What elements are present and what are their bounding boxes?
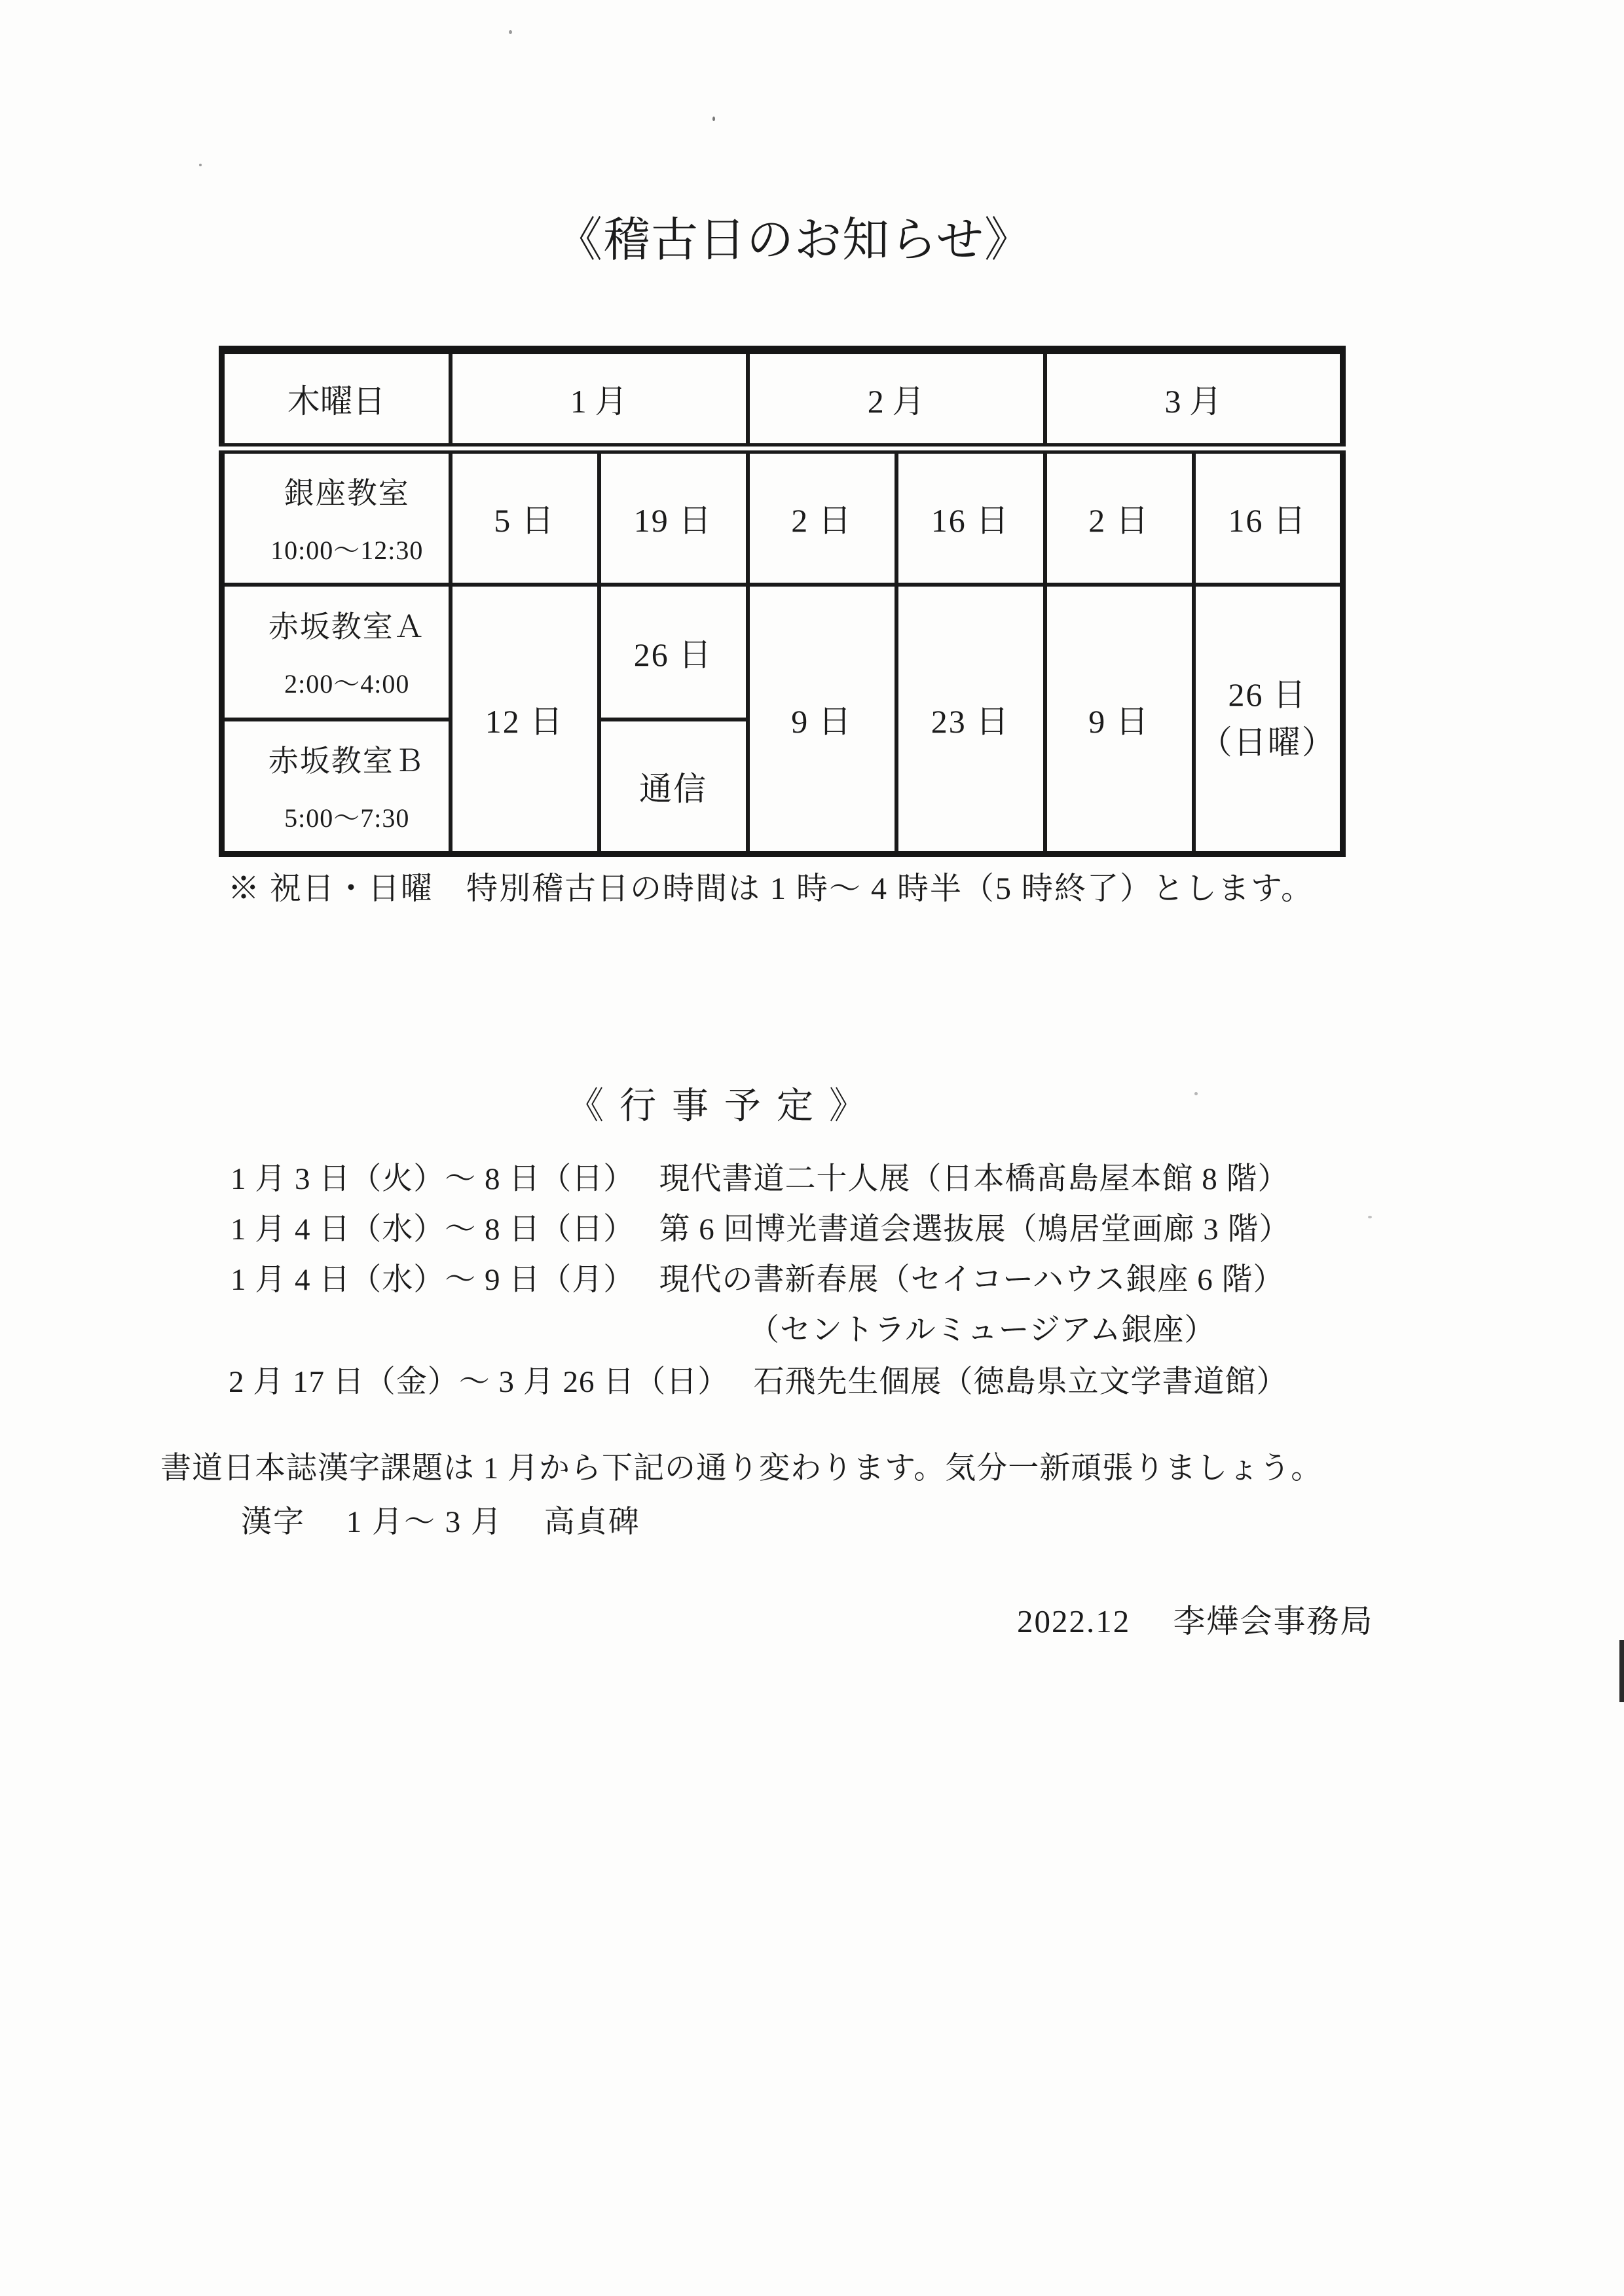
day-cell-mar-26-sunday: 26 日 （日曜） xyxy=(1194,585,1343,854)
event-item: 1 月 3 日（火）～ 8 日（日） 現代書道二十人展（日本橋髙島屋本館 8 階… xyxy=(231,1154,1289,1198)
scan-artifact xyxy=(1194,1092,1198,1095)
scan-artifact xyxy=(509,30,512,34)
event-item: 2 月 17 日（金）～ 3 月 26 日（日） 石飛先生個展（徳島県立文学書道… xyxy=(229,1357,1288,1401)
table-row-akasaka-a: 赤坂教室Ａ 2:00～4:00 12 日 26 日 9 日 23 日 9 日 2… xyxy=(222,585,1343,720)
classroom-time: 5:00～7:30 xyxy=(246,797,449,835)
classroom-name: 銀座教室 xyxy=(246,469,449,513)
event-item: 1 月 4 日（水）～ 9 日（月） 現代の書新春展（セイコーハウス銀座 6 階… xyxy=(231,1255,1284,1299)
header-month-march: 3 月 xyxy=(1045,350,1343,448)
day-cell-feb-23: 23 日 xyxy=(896,585,1045,854)
classroom-label-akasaka-a: 赤坂教室Ａ 2:00～4:00 xyxy=(222,585,451,720)
day-cell-jan-tsushin: 通信 xyxy=(599,720,748,854)
events-section-title: 《 行 事 予 定 》 xyxy=(567,1077,869,1129)
classroom-label-akasaka-b: 赤坂教室Ｂ 5:00～7:30 xyxy=(222,720,451,854)
scan-artifact xyxy=(712,117,715,121)
holiday-note: ※ 祝日・日曜 特別稽古日の時間は 1 時～ 4 時半（5 時終了）とします。 xyxy=(228,863,1314,908)
classroom-name: 赤坂教室Ａ xyxy=(246,603,449,646)
event-item-venue-continuation: （セントラルミュージアム銀座） xyxy=(748,1305,1215,1349)
table-header-row: 木曜日 1 月 2 月 3 月 xyxy=(222,350,1343,448)
day-cell-jan-1: 5 日 xyxy=(451,448,599,585)
day-cell-jan-2: 19 日 xyxy=(599,448,748,585)
event-item: 1 月 4 日（水）～ 8 日（日） 第 6 回博光書道会選抜展（鳩居堂画廊 3… xyxy=(231,1205,1291,1248)
scan-artifact xyxy=(1368,1216,1372,1218)
day-cell-feb-9: 9 日 xyxy=(748,585,896,854)
classroom-time: 10:00～12:30 xyxy=(246,530,449,567)
scanned-notice-page: 《稽古日のお知らせ》 木曜日 1 月 2 月 3 月 銀座教室 10:00～12… xyxy=(0,0,1624,2296)
table-row-ginza: 銀座教室 10:00～12:30 5 日 19 日 2 日 16 日 2 日 1… xyxy=(222,448,1343,585)
classroom-label-ginza: 銀座教室 10:00～12:30 xyxy=(222,448,451,585)
day-cell-mar-2: 16 日 xyxy=(1194,448,1343,585)
header-day-of-week: 木曜日 xyxy=(222,350,451,448)
homework-assignment: 漢字 1 月～ 3 月 高貞碑 xyxy=(241,1497,640,1541)
day-cell-mar-1: 2 日 xyxy=(1045,448,1194,585)
day-cell-mar-9: 9 日 xyxy=(1045,585,1194,854)
scan-artifact xyxy=(1619,1640,1624,1702)
day-cell-jan-merged: 12 日 xyxy=(451,585,599,854)
homework-intro: 書道日本誌漢字課題は 1 月から下記の通り変わります。気分一新頑張りましょう。 xyxy=(160,1444,1322,1487)
classroom-name: 赤坂教室Ｂ xyxy=(246,737,449,780)
scan-artifact xyxy=(199,164,202,166)
practice-schedule-table: 木曜日 1 月 2 月 3 月 銀座教室 10:00～12:30 5 日 19 … xyxy=(219,346,1346,857)
issuer-credit: 2022.12 李燁会事務局 xyxy=(1017,1596,1374,1642)
classroom-time: 2:00～4:00 xyxy=(246,663,449,701)
sunday-annotation: （日曜） xyxy=(1196,719,1340,767)
header-month-january: 1 月 xyxy=(451,350,748,448)
day-cell-jan-26: 26 日 xyxy=(599,585,748,720)
day-26: 26 日 xyxy=(1196,671,1340,719)
day-cell-feb-1: 2 日 xyxy=(748,448,896,585)
page-title: 《稽古日のお知らせ》 xyxy=(555,216,1032,266)
header-month-february: 2 月 xyxy=(748,350,1045,448)
day-cell-feb-2: 16 日 xyxy=(896,448,1045,585)
